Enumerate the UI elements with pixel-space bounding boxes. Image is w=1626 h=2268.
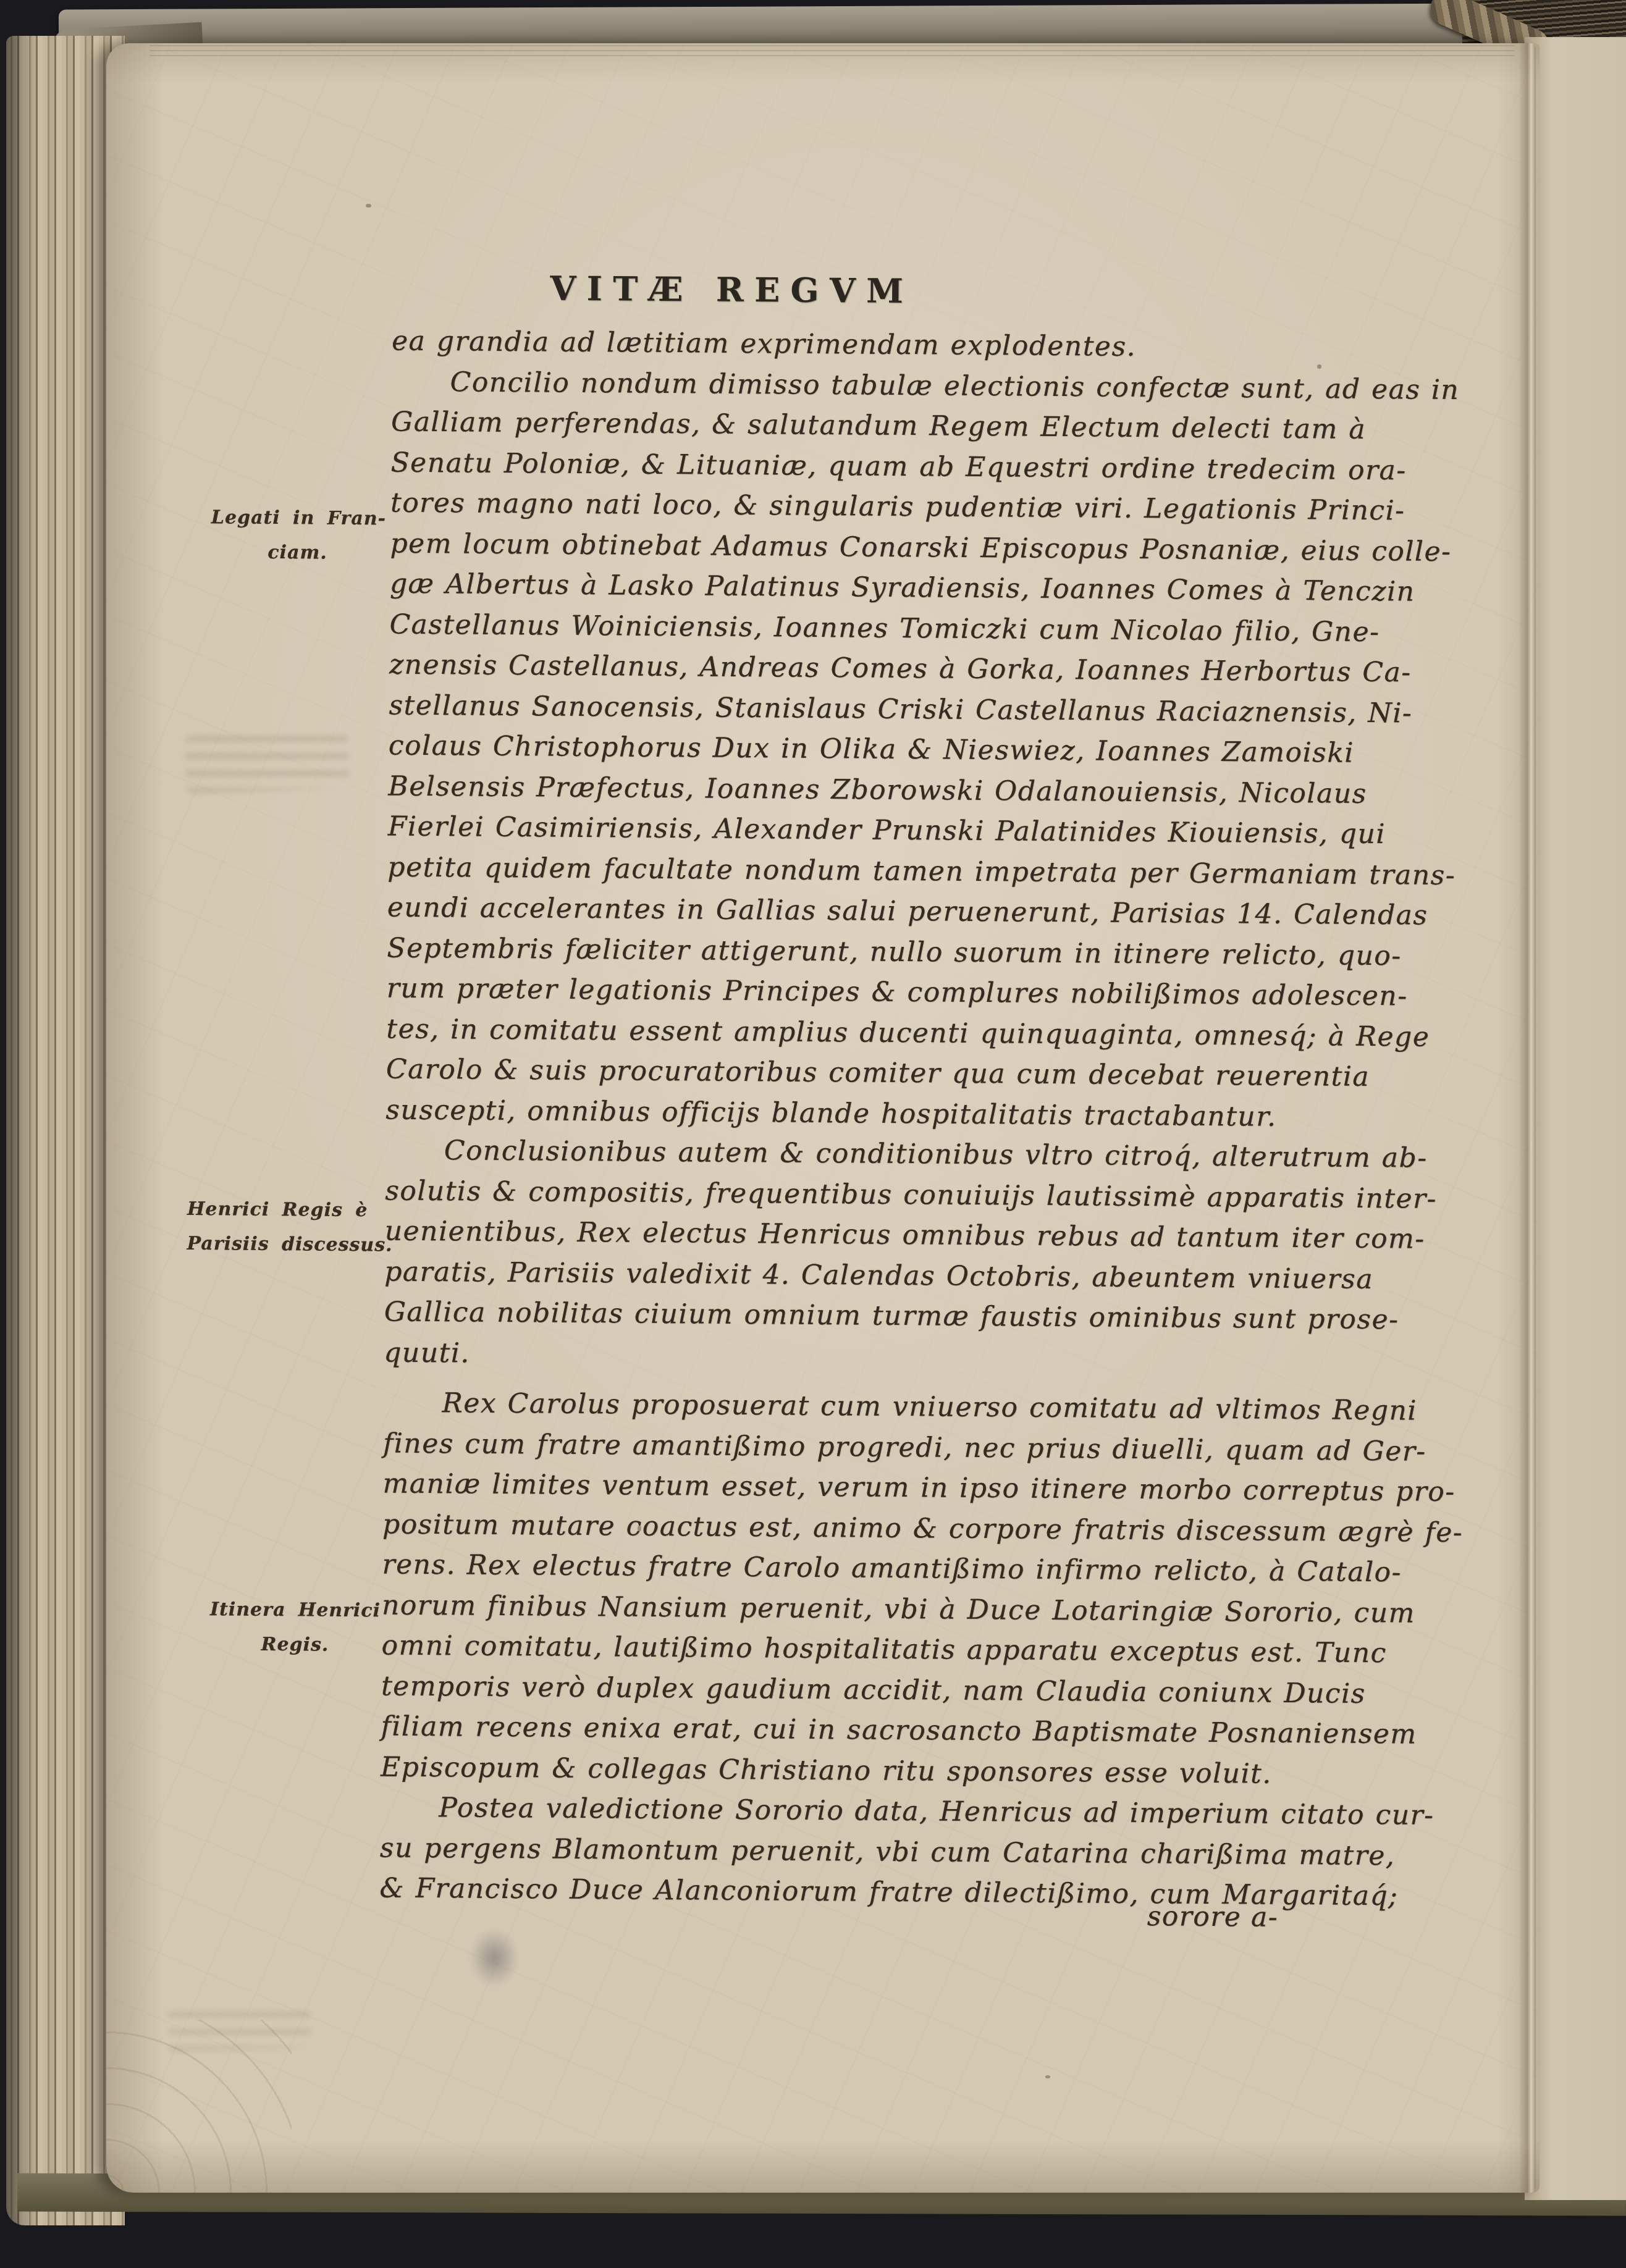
margin-note-line: ciam. [211, 535, 396, 571]
margin-note-henrici-regis-discessus: Henrici Regis èParisiis discessus. [187, 1192, 400, 1263]
margin-note-line: Legati in Fran- [211, 500, 397, 536]
text-line: Postea valedictione Sororio data, Henric… [380, 1787, 1393, 1835]
margin-note-itinera-henrici-regis: Itinera HenriciRegis. [193, 1592, 397, 1663]
margin-note-line: Parisiis discessus. [187, 1227, 400, 1263]
text-line: uenientibus, Rex electus Henricus omnibu… [385, 1211, 1398, 1259]
text-line: filiam recens enixa erat, cui in sacrosa… [381, 1706, 1394, 1754]
margin-note-line: Itinera Henrici [193, 1592, 397, 1629]
text-line: rens. Rex electus fratre Carolo amantißi… [382, 1544, 1395, 1592]
body-text: ea grandia ad lætitiam exprimendam explo… [379, 321, 1405, 1916]
catchword: sorore a- [379, 1894, 1278, 1933]
text-line: Rex Carolus proposuerat cum vniuerso com… [383, 1382, 1396, 1430]
text-line: Conclusionibus autem & conditionibus vlt… [385, 1130, 1399, 1178]
text-line: Fierlei Casimiriensis, Alexander Prunski… [388, 806, 1401, 854]
text-line: omni comitatu, lautißimo hospitalitatis … [381, 1625, 1394, 1673]
printed-text-layer: VITÆ REGVM ea grandia ad lætitiam exprim… [96, 38, 1546, 2198]
book-photograph: VITÆ REGVM ea grandia ad lætitiam exprim… [0, 0, 1626, 2268]
margin-note-line: Regis. [193, 1627, 397, 1663]
text-line: Galliam perferendas, & salutandum Regem … [391, 401, 1404, 450]
book-page: VITÆ REGVM ea grandia ad lætitiam exprim… [106, 43, 1540, 2193]
margin-note-legati-in-franciam: Legati in Fran-ciam. [211, 500, 397, 571]
text-line: ea grandia ad lætitiam exprimendam explo… [392, 321, 1405, 369]
page-heading: VITÆ REGVM [392, 267, 1072, 312]
text-line: maniæ limites ventum esset, verum in ips… [382, 1463, 1396, 1511]
text-line: gæ Albertus à Lasko Palatinus Syradiensi… [390, 563, 1403, 611]
text-line: quuti. [384, 1332, 1397, 1380]
text-line: Gallica nobilitas ciuium omnium turmæ fa… [384, 1291, 1397, 1340]
margin-note-line: Henrici Regis è [187, 1192, 400, 1228]
text-line: Carolo & suis procuratoribus comiter qua… [386, 1049, 1399, 1097]
text-line: colaus Christophorus Dux in Olika & Nies… [389, 725, 1402, 773]
text-line: tores magno nati loco, & singularis pude… [390, 482, 1404, 531]
text-line: rum præter legationis Principes & complu… [387, 968, 1400, 1016]
text-line: eundi accelerantes in Gallias salui peru… [387, 887, 1401, 935]
text-line: znensis Castellanus, Andreas Comes à Gor… [389, 644, 1402, 692]
